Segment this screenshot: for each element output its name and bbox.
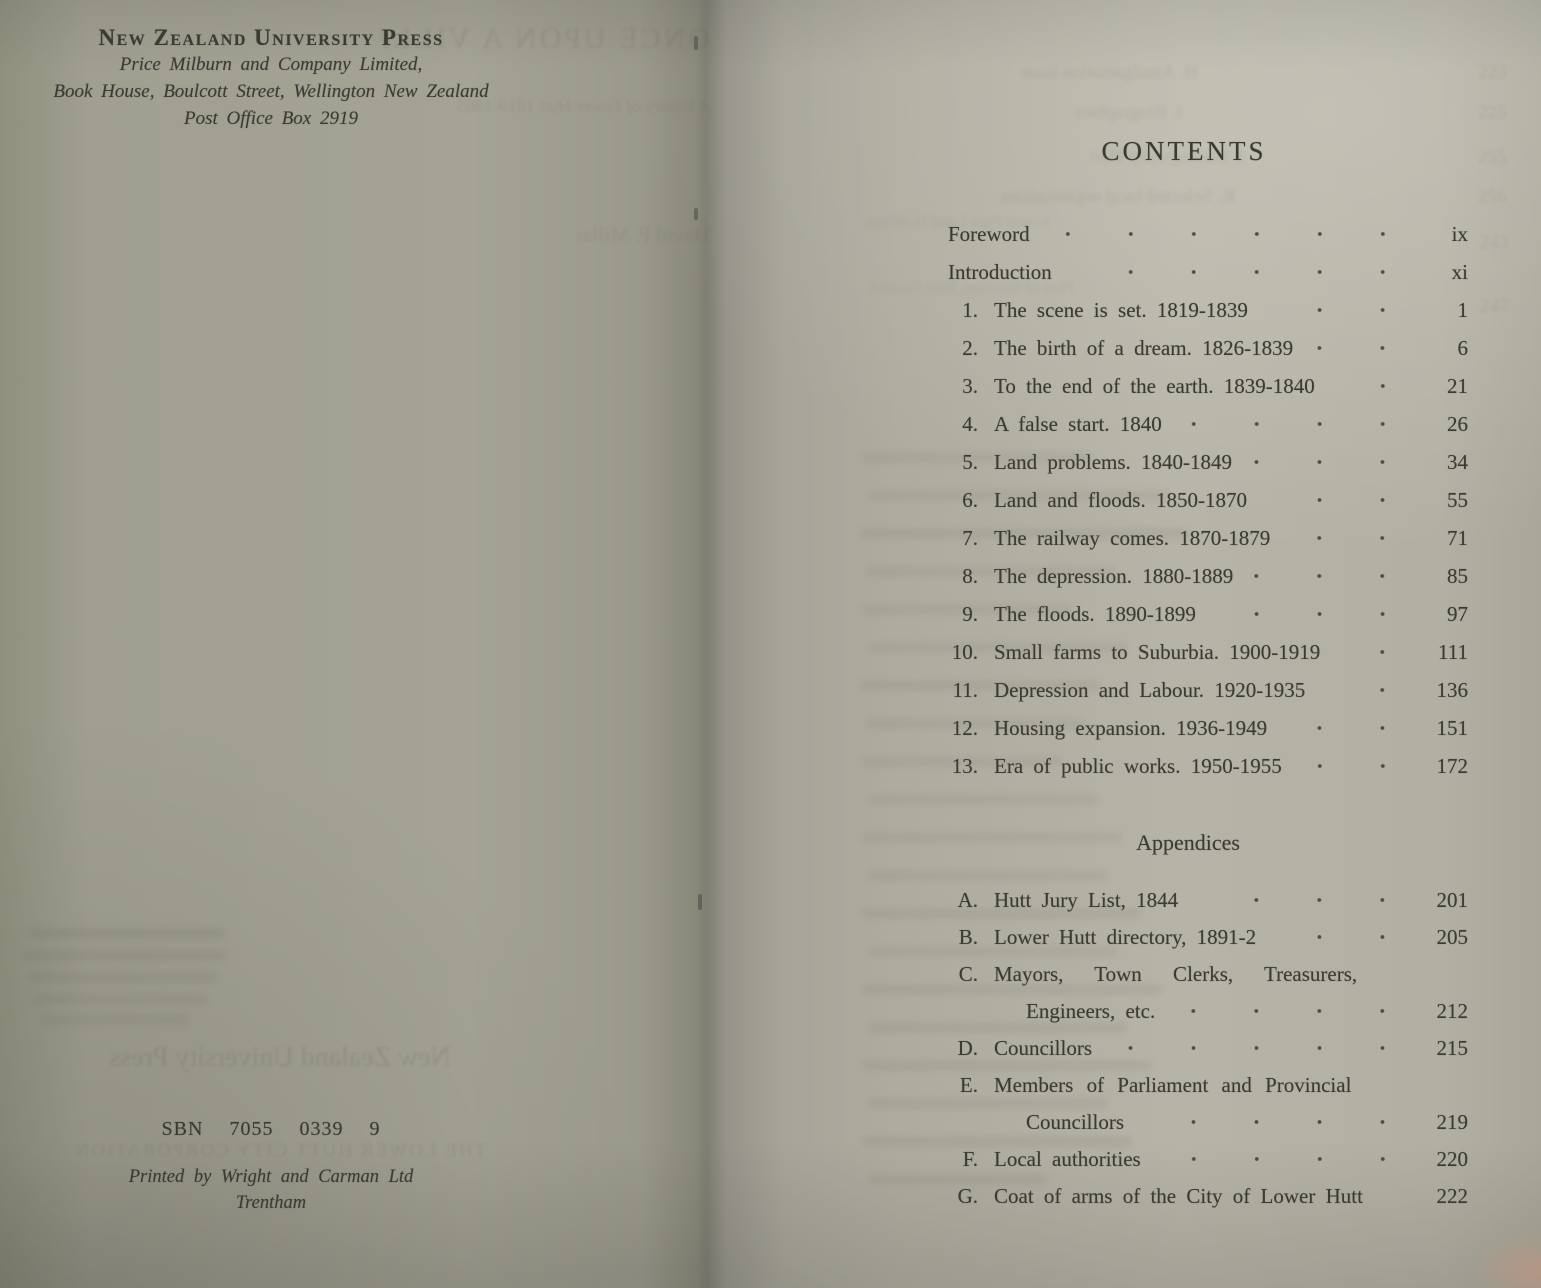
bleedthrough-page: 225 bbox=[1478, 102, 1507, 124]
bleedthrough-smudge bbox=[866, 566, 1116, 577]
toc-entry-title: To the end of the earth. 1839-1840 bbox=[994, 374, 1315, 399]
toc-row-introduction: Introduction xi bbox=[948, 260, 1468, 298]
toc-row-foreword: Foreword ix bbox=[948, 222, 1468, 260]
dot-leader bbox=[1276, 930, 1414, 944]
chapter-number: 1. bbox=[948, 298, 994, 323]
toc-row-chapter: 2. The birth of a dream. 1826-1839 6 bbox=[948, 336, 1468, 374]
binding-stitch bbox=[694, 36, 698, 50]
bleedthrough-text: I. Biographies bbox=[1075, 102, 1183, 124]
toc-page-number: 220 bbox=[1422, 1147, 1468, 1172]
bleedthrough-page: 255 bbox=[1478, 147, 1507, 169]
sbn-number: SBN 7055 0339 9 bbox=[28, 1118, 514, 1141]
toc-row-chapter: 1. The scene is set. 1819-1839 1 bbox=[948, 298, 1468, 336]
toc-page-number: ix bbox=[1422, 222, 1468, 247]
toc-page-number: 151 bbox=[1422, 716, 1468, 741]
open-book-photo: ONCE UPON A VILLAGE A history of Lower H… bbox=[0, 0, 1541, 1288]
dot-leader bbox=[1313, 341, 1414, 355]
dot-leader bbox=[1290, 531, 1414, 545]
dot-leader bbox=[1335, 379, 1414, 393]
bleedthrough-smudge bbox=[862, 832, 1122, 843]
dot-leader bbox=[1325, 683, 1414, 697]
printer-line: Printed by Wright and Carman Ltd bbox=[28, 1164, 514, 1190]
toc-page-number: 205 bbox=[1422, 925, 1468, 950]
bleedthrough-smudge bbox=[862, 984, 1162, 995]
bleedthrough-smudge bbox=[868, 946, 1118, 957]
bleedthrough-smudge bbox=[862, 604, 1072, 615]
bleedthrough-smudge bbox=[868, 642, 1128, 653]
bleedthrough-page: 223 bbox=[1478, 62, 1507, 84]
bleedthrough-smudge bbox=[862, 1136, 1132, 1147]
toc-entry-title: The scene is set. 1819-1839 bbox=[994, 298, 1248, 323]
contents-title: CONTENTS bbox=[948, 130, 1468, 172]
bleedthrough-smudge bbox=[868, 1174, 1048, 1185]
appendix-letter: G. bbox=[948, 1184, 994, 1209]
bleedthrough-smudge bbox=[868, 794, 1098, 805]
bleedthrough-smudge bbox=[22, 950, 227, 961]
toc-page-number: 71 bbox=[1422, 526, 1468, 551]
toc-page-number: 34 bbox=[1422, 450, 1468, 475]
toc-page-number: 21 bbox=[1422, 374, 1468, 399]
printer-block: Printed by Wright and Carman Ltd Trentha… bbox=[28, 1164, 514, 1216]
appendix-letter: E. bbox=[948, 1073, 994, 1098]
bleedthrough-smudge bbox=[28, 972, 218, 983]
bleedthrough-smudge bbox=[868, 490, 1168, 501]
bleedthrough-smudge bbox=[860, 528, 1190, 539]
publisher-name: New Zealand University Press bbox=[28, 24, 514, 51]
dot-leader bbox=[1050, 227, 1414, 241]
toc-entry-title: A false start. 1840 bbox=[994, 412, 1162, 437]
bleedthrough-entry: H. Amalgamation issue bbox=[1020, 62, 1198, 84]
toc-entry-title: The birth of a dream. 1826-1839 bbox=[994, 336, 1293, 361]
toc-row-chapter: 4. A false start. 1840 26 bbox=[948, 412, 1468, 450]
bleedthrough-text: H. Amalgamation issue bbox=[1020, 62, 1198, 84]
toc-page-number: xi bbox=[1422, 260, 1468, 285]
toc-page-number: 215 bbox=[1422, 1036, 1468, 1061]
bleedthrough-smudge bbox=[862, 756, 1062, 767]
bleedthrough-press: New Zealand University Press bbox=[0, 1042, 560, 1074]
toc-row-chapter: 3. To the end of the earth. 1839-1840 21 bbox=[948, 374, 1468, 412]
toc-page-number: 55 bbox=[1422, 488, 1468, 513]
dot-leader bbox=[1072, 265, 1414, 279]
dot-leader bbox=[1112, 1041, 1414, 1055]
toc-page-number: 201 bbox=[1422, 888, 1468, 913]
printer-line: Trentham bbox=[28, 1190, 514, 1216]
bleedthrough-entry: I. Biographies bbox=[1075, 102, 1183, 124]
publisher-block: New Zealand University Press Price Milbu… bbox=[28, 24, 514, 132]
appendix-letter: F. bbox=[948, 1147, 994, 1172]
bleedthrough-page: 256 bbox=[1478, 186, 1507, 208]
toc-entry-title: Introduction bbox=[948, 260, 1052, 285]
dot-leader bbox=[1182, 417, 1414, 431]
bleedthrough-smudge bbox=[868, 870, 1108, 881]
binding-stitch bbox=[698, 894, 702, 910]
dot-leader bbox=[1287, 721, 1414, 735]
dot-leader bbox=[1267, 493, 1414, 507]
publisher-line: Post Office Box 2919 bbox=[28, 105, 514, 132]
dot-leader bbox=[1302, 759, 1414, 773]
bleedthrough-corporation: THE LOWER HUTT CITY CORPORATION bbox=[0, 1140, 560, 1162]
bleedthrough-smudge bbox=[866, 718, 1086, 729]
dot-leader bbox=[1252, 455, 1414, 469]
bleedthrough-smudge bbox=[30, 928, 225, 939]
dot-leader bbox=[1253, 569, 1414, 583]
toc-page-number: 97 bbox=[1422, 602, 1468, 627]
bleedthrough-smudge bbox=[862, 452, 1092, 463]
bleedthrough-author: David P. Millar bbox=[470, 222, 710, 248]
toc-page-number: 219 bbox=[1422, 1104, 1468, 1141]
dot-leader bbox=[1216, 607, 1414, 621]
toc-page-number: 212 bbox=[1422, 993, 1468, 1030]
dot-leader bbox=[1161, 1152, 1414, 1166]
dot-leader bbox=[1383, 1189, 1414, 1203]
bleedthrough-smudge bbox=[868, 1098, 1108, 1109]
bleedthrough-smudge bbox=[862, 1060, 1152, 1071]
table-of-contents: CONTENTS Foreword ix Introduction xi 1. … bbox=[948, 130, 1468, 1215]
bleedthrough-smudge bbox=[868, 1022, 1128, 1033]
dot-leader bbox=[1175, 1004, 1414, 1018]
dot-leader bbox=[1340, 645, 1414, 659]
publisher-line: Price Milburn and Company Limited, bbox=[28, 51, 514, 78]
toc-page-number: 6 bbox=[1422, 336, 1468, 361]
toc-page-number: 26 bbox=[1422, 412, 1468, 437]
binding-stitch bbox=[694, 208, 698, 220]
bleedthrough-smudge bbox=[862, 908, 1142, 919]
toc-page-number: 136 bbox=[1422, 678, 1468, 703]
toc-page-number: 222 bbox=[1422, 1184, 1468, 1209]
dot-leader bbox=[1144, 1115, 1414, 1129]
toc-page-number: 85 bbox=[1422, 564, 1468, 589]
toc-page-number: 111 bbox=[1422, 640, 1468, 665]
chapter-number: 4. bbox=[948, 412, 994, 437]
toc-page-number: 1 bbox=[1422, 298, 1468, 323]
bleedthrough-smudge bbox=[34, 994, 209, 1005]
toc-page-number: 172 bbox=[1422, 754, 1468, 779]
dot-leader bbox=[1198, 893, 1414, 907]
bleedthrough-smudge bbox=[40, 1014, 190, 1025]
bleedthrough-page: 243 bbox=[1480, 232, 1509, 254]
bleedthrough-smudge bbox=[860, 680, 1100, 691]
bleedthrough-page: 247 bbox=[1480, 296, 1509, 318]
toc-entry-title: Foreword bbox=[948, 222, 1030, 247]
appendix-title: Coat of arms of the City of Lower Hutt bbox=[994, 1178, 1363, 1215]
chapter-number: 2. bbox=[948, 336, 994, 361]
dot-leader bbox=[1268, 303, 1414, 317]
chapter-number: 3. bbox=[948, 374, 994, 399]
publisher-line: Book House, Boulcott Street, Wellington … bbox=[28, 78, 514, 105]
appendix-letter: D. bbox=[948, 1036, 994, 1061]
